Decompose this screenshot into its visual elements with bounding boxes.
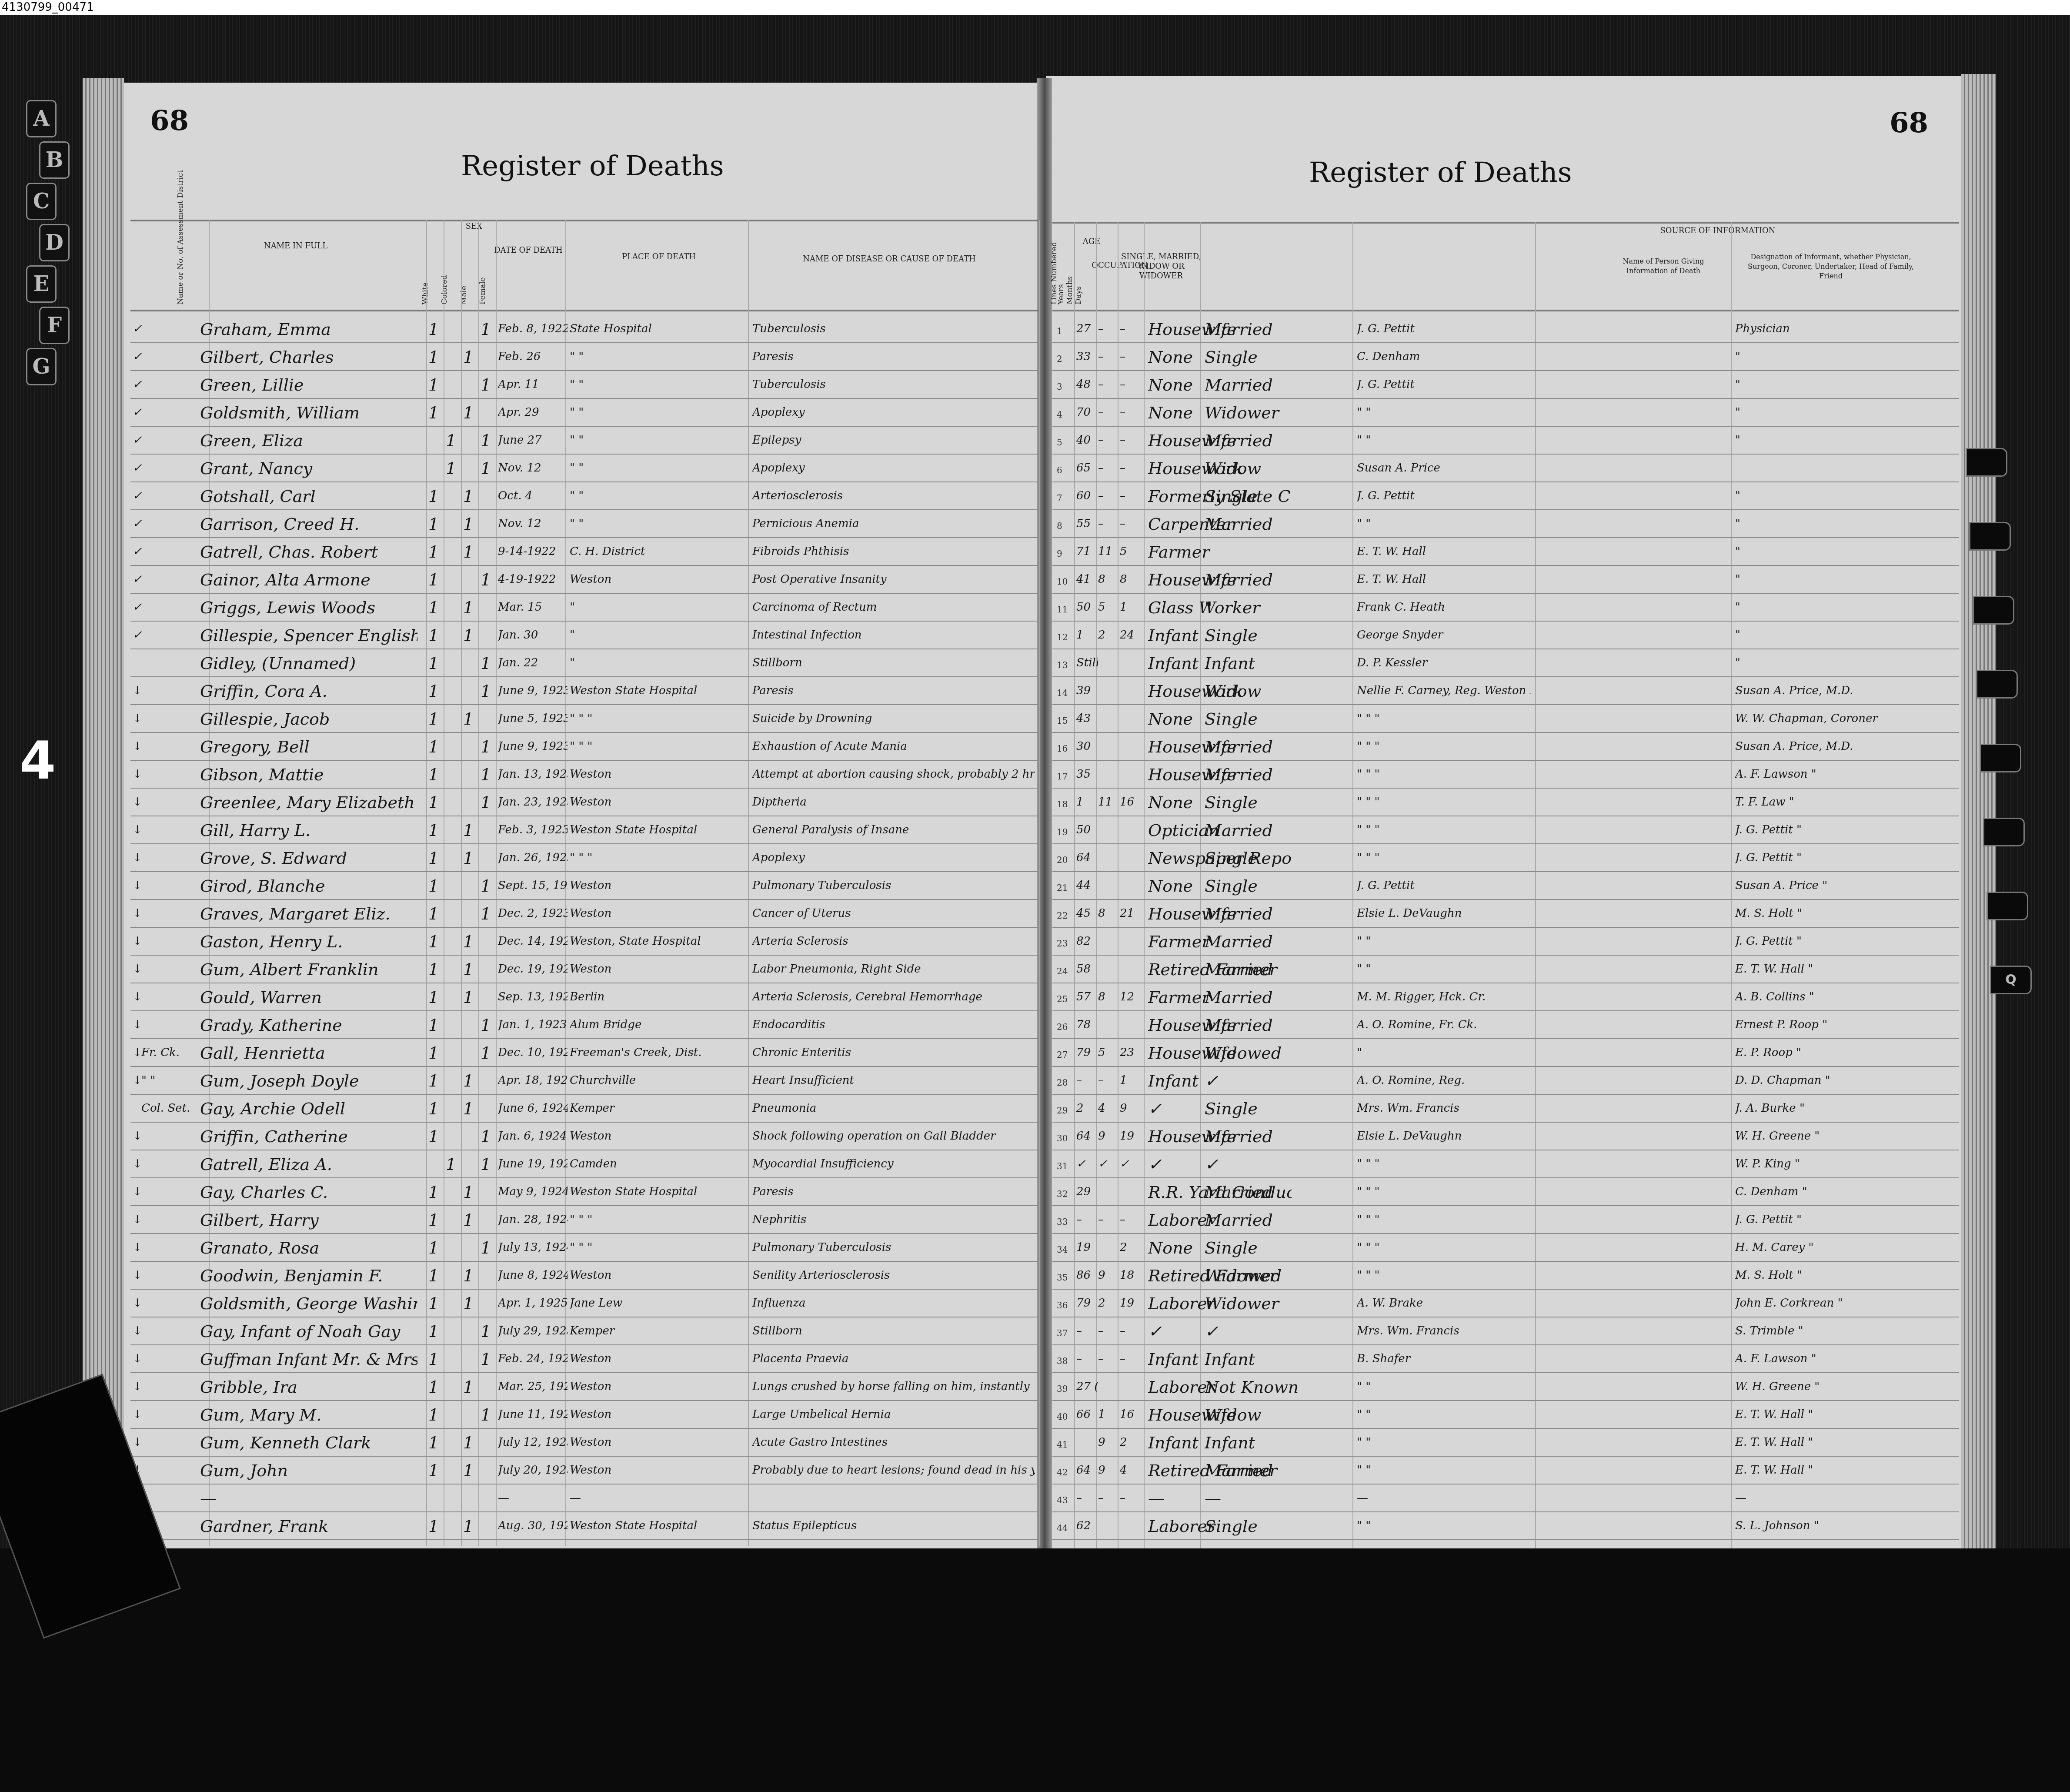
cell-years: 71 [1076,545,1098,558]
register-row: ↓Gaston, Henry L.11Dec. 14, 1923Weston, … [130,928,1039,956]
cell-place: Weston State Hospital [570,684,744,697]
cell-check: ✓ [133,629,142,642]
cell-district: Fr. Ck. [141,1046,180,1059]
cell-designation: " [1735,656,1957,669]
index-tab[interactable] [1983,818,2025,846]
cell-check: ↓ [133,796,142,809]
cell-designation: W. H. Greene " [1735,1380,1957,1393]
cell-male: 1 [463,821,474,840]
register-row: ↓Gregory, Bell11June 9, 1923" " "Exhaust… [130,733,1039,761]
index-tab[interactable]: E [26,265,57,303]
cell-male: 1 [463,1071,474,1090]
index-tab[interactable] [1969,522,2011,551]
header-name: Name in Full [217,241,374,251]
header-rule [130,310,1039,311]
cell-white: 1 [428,1350,439,1369]
cell-years: 70 [1076,406,1098,419]
cell-place: Weston [570,1436,744,1449]
cell-name: Gum, Mary M. [200,1405,417,1424]
cell-date: Dec. 2, 1923 [498,907,568,920]
cell-cause: Cancer of Uterus [752,907,1035,920]
cell-line: 15 [1057,715,1068,726]
header-age: Age [1065,237,1118,247]
cell-place: " " " [570,851,744,864]
cell-designation: Physician [1735,322,1957,335]
cell-designation: A. F. Lawson " [1735,1352,1957,1365]
cell-cause: Epilepsy [752,434,1035,447]
register-row: ↓Gay, Charles C.11May 9, 1924Weston Stat… [130,1178,1039,1206]
cell-date: June 11, 1925 [498,1408,568,1421]
cell-female: 1 [481,1127,491,1146]
header-years: Years [1057,278,1065,304]
cell-years: 66 [1076,1408,1098,1421]
cell-informant: " [1357,1046,1531,1059]
cell-name: Gidley, (Unnamed) [200,654,417,673]
cell-check: ↓ [133,1018,142,1031]
cell-cause: Arteriosclerosis [752,489,1035,502]
register-row: ↓Gum, Albert Franklin11Dec. 19, 1923West… [130,956,1039,983]
cell-date: Sept. 15, 1923 [498,879,568,892]
cell-cause: Large Umbelical Hernia [752,1408,1035,1421]
cell-days: 8 [1120,573,1127,586]
register-row: 37–––✓✓Mrs. Wm. FrancisS. Trimble " [1052,1317,1959,1345]
cell-white: 1 [428,1294,439,1313]
cell-marital: Widow [1205,1405,1348,1424]
cell-place: Weston [570,1408,744,1421]
cell-name: Gay, Infant of Noah Gay [200,1322,417,1341]
register-row: 31✓✓✓✓✓" " "W. P. King " [1052,1150,1959,1178]
cell-cause: Suicide by Drowning [752,712,1035,725]
cell-male: 1 [463,1461,474,1480]
register-row: ✓Grant, Nancy11Nov. 12" "Apoplexy [130,455,1039,482]
cell-district: " " [141,1074,155,1087]
index-tab[interactable] [1976,670,2018,699]
cell-male: 1 [463,1210,474,1230]
cell-line: 1 [1057,326,1062,336]
index-tab[interactable] [1973,596,2014,625]
cell-years: 86 [1076,1269,1098,1282]
cell-name: Graham, Emma [200,320,417,339]
register-row: 115051Glass Worker"Frank C. Heath" [1052,594,1959,622]
table-surface [0,1548,2070,1792]
register-row: ↓Goldsmith, George Washington11Apr. 1, 1… [130,1290,1039,1317]
cell-days: – [1120,350,1125,363]
cell-name: Gum, Albert Franklin [200,960,417,979]
cell-male: 1 [463,403,474,422]
cell-informant: " " [1357,434,1531,447]
image-id: 4130799_00471 [2,1,94,14]
cell-informant: Elsie L. DeVaughn [1357,1130,1531,1143]
right-page-title: Register of Deaths [1309,157,1572,189]
cell-female: 1 [481,682,491,701]
register-row: ↓Granato, Rosa11July 13, 1924" " "Pulmon… [130,1234,1039,1262]
cell-male: 1 [463,598,474,617]
left-page-edges [83,78,124,1557]
cell-white: 1 [428,542,439,562]
index-tab[interactable]: Q [1990,966,2032,994]
cell-female: 1 [481,876,491,896]
register-row: ↓Greenlee, Mary Elizabeth11Jan. 23, 1923… [130,789,1039,816]
cell-cause: Post Operative Insanity [752,573,1035,586]
cell-years: 79 [1076,1297,1098,1310]
cell-cause: Endocarditis [752,1018,1035,1031]
cell-male: 1 [463,709,474,729]
cell-check: ↓ [133,1157,142,1170]
register-row: ↓Griffin, Cora A.11June 9, 1923Weston St… [130,677,1039,705]
cell-name: Gregory, Bell [200,737,417,756]
cell-designation: J. G. Pettit " [1735,851,1957,864]
index-tab[interactable]: C [26,183,57,220]
cell-informant: J. G. Pettit [1357,489,1531,502]
cell-date: June 8, 1924 [498,1269,568,1282]
cell-date: Jan. 22 [498,656,568,669]
cell-name: Goldsmith, George Washington [200,1294,417,1313]
cell-line: 8 [1057,521,1062,531]
index-tab[interactable] [1987,892,2028,920]
cell-female: 1 [481,1155,491,1174]
cell-line: 6 [1057,465,1062,475]
cell-informant: B. Shafer [1357,1352,1531,1365]
cell-check: ↓ [133,1436,142,1449]
cell-months: – [1098,350,1104,363]
cell-place: Weston [570,1380,744,1393]
register-row: ↓Grady, Katherine11Jan. 1, 1923Alum Brid… [130,1011,1039,1039]
cell-marital: Widowed [1205,1043,1348,1063]
index-tab[interactable] [1966,448,2007,477]
cell-female: 1 [481,1238,491,1257]
cell-designation: Susan A. Price, M.D. [1735,684,1957,697]
cell-check: ↓ [133,1297,142,1310]
cell-months: – [1098,1352,1104,1365]
cell-female: 1 [481,654,491,673]
cell-place: Weston [570,1269,744,1282]
cell-days: – [1120,517,1125,530]
cell-months: 1 [1098,1408,1105,1421]
cell-marital: Not Known [1205,1377,1348,1397]
cell-check: ↓ [133,1074,142,1087]
left-page-title: Register of Deaths [461,150,724,182]
cell-name: Green, Lillie [200,375,417,395]
cell-date: Feb. 26 [498,350,568,363]
cell-designation: M. S. Holt " [1735,907,1957,920]
cell-name: Goodwin, Benjamin F. [200,1266,417,1285]
register-row: ↓Gillespie, Jacob11June 5, 1923" " "Suic… [130,705,1039,733]
index-tab[interactable]: A [26,100,57,137]
cell-white: 1 [428,1322,439,1341]
cell-marital: " [1205,598,1348,617]
cell-date: Sep. 13, 1923 [498,990,568,1003]
cell-months: – [1098,322,1104,335]
cell-line: 37 [1057,1328,1068,1338]
cell-cause: Paresis [752,350,1035,363]
cell-place: Weston [570,796,744,809]
cell-days: 19 [1120,1130,1134,1143]
cell-place: Camden [570,1157,744,1170]
cell-name: Gum, John [200,1461,417,1480]
cell-years: 27 [1076,322,1098,335]
cell-date: — [498,1491,568,1504]
register-row: 665––HouseworkWidowSusan A. Price [1052,455,1959,482]
cell-marital: Single [1205,849,1348,868]
index-tab[interactable] [1980,744,2021,772]
cell-check: ↓ [133,851,142,864]
cell-days: – [1120,489,1125,502]
cell-female: 1 [481,737,491,756]
cell-place: State Hospital [570,322,744,335]
register-row: ↓Gould, Warren11Sep. 13, 1923BerlinArter… [130,983,1039,1011]
register-row: 426494Retired FarmerMarried" "E. T. W. H… [1052,1457,1959,1484]
cell-informant: " " " [1357,1241,1531,1254]
cell-check: ↓ [133,1241,142,1254]
register-row: ✓Gilbert, Charles11Feb. 26" "Paresis [130,343,1039,371]
cell-white: 1 [428,1266,439,1285]
register-row: 233––NoneSingleC. Denham" [1052,343,1959,371]
cell-months: – [1098,489,1104,502]
cell-place: " " [570,517,744,530]
cell-cause: Placenta Praevia [752,1352,1035,1365]
cell-informant: " " [1357,517,1531,530]
cell-days: 16 [1120,1408,1134,1421]
index-tab[interactable]: B [39,141,70,179]
cell-place: Weston [570,963,744,976]
cell-months: – [1098,406,1104,419]
cell-line: 17 [1057,771,1068,782]
cell-check: ✓ [133,350,142,363]
cell-date: Jan. 1, 1923 [498,1018,568,1031]
register-row: ——— [130,1484,1039,1512]
cell-place: Weston, State Hospital [570,935,744,948]
register-row: 4462LaborerSingle" "S. L. Johnson " [1052,1512,1959,1540]
cell-cause: Exhaustion of Acute Mania [752,740,1035,753]
cell-male: 1 [463,487,474,506]
cell-white: 1 [428,1043,439,1063]
cell-cause: Heart Insufficient [752,1074,1035,1087]
cell-informant: " " " [1357,823,1531,836]
register-row: ↓Gatrell, Eliza A.11June 19, 1924CamdenM… [130,1150,1039,1178]
cell-name: Guffman Infant Mr. & Mrs. Jesse Guinn [200,1350,417,1369]
cell-check: ✓ [133,406,142,419]
cell-marital: Married [1205,320,1348,339]
cell-years: 41 [1076,573,1098,586]
cell-line: 13 [1057,660,1068,670]
cell-line: 26 [1057,1022,1068,1032]
cell-designation: " [1735,378,1957,391]
index-tab[interactable]: F [39,307,70,344]
cell-name: Gay, Charles C. [200,1183,417,1202]
cell-date: Apr. 18, 1924 [498,1074,568,1087]
cell-colored: 1 [446,431,456,450]
cell-place: " [570,656,744,669]
cell-check: ↓ [133,823,142,836]
header-rule [1052,310,1959,311]
index-tab[interactable]: G [26,348,57,385]
register-row: 1811116NoneSingle" " "T. F. Law " [1052,789,1959,816]
cell-place: Weston [570,1130,744,1143]
cell-date: Jan. 30 [498,629,568,642]
cell-months: – [1098,461,1104,475]
cell-informant: " " " [1357,1157,1531,1170]
cell-marital: Married [1205,821,1348,840]
cell-days: 19 [1120,1297,1134,1310]
cell-date: Aug. 30, 1925 [498,1519,568,1532]
header-female: Female [478,265,487,304]
cell-designation: E. T. W. Hall " [1735,1408,1957,1421]
cell-check: ✓ [133,601,142,614]
register-row: ✓Gatrell, Chas. Robert119-14-1922C. H. D… [130,538,1039,566]
cell-designation: Susan A. Price " [1735,879,1957,892]
cell-line: 40 [1057,1411,1068,1422]
register-row: ↓Fr. Ck.Gall, Henrietta11Dec. 10, 1924Fr… [130,1039,1039,1067]
cell-line: 32 [1057,1189,1068,1199]
cell-cause: Shock following operation on Gall Bladde… [752,1130,1035,1143]
cell-line: 33 [1057,1217,1068,1227]
cell-months: 5 [1098,601,1105,614]
cell-name: Gatrell, Chas. Robert [200,542,417,562]
cell-white: 1 [428,654,439,673]
cell-check: ↓ [133,1046,142,1059]
cell-line: 28 [1057,1077,1068,1088]
cell-cause: General Paralysis of Insane [752,823,1035,836]
cell-place: Kemper [570,1324,744,1337]
cell-place: " " " [570,1213,744,1226]
header-months: Months [1065,270,1074,304]
cell-date: Jan. 23, 1923 [498,796,568,809]
cell-marital: Married [1205,1461,1348,1480]
cell-cause: Apoplexy [752,851,1035,864]
cell-white: 1 [428,1377,439,1397]
cell-line: 9 [1057,548,1062,559]
cell-marital: Married [1205,1127,1348,1146]
cell-name: Gould, Warren [200,988,417,1007]
register-row: ↓" "Gum, Joseph Doyle11Apr. 18, 1924Chur… [130,1067,1039,1095]
cell-date: Feb. 24, 1925 [498,1352,568,1365]
cell-female: 1 [481,431,491,450]
register-row: 38–––InfantInfantB. ShaferA. F. Lawson " [1052,1345,1959,1373]
index-tab[interactable]: D [39,224,70,261]
register-row: Col. Set.Gay, Archie Odell11June 6, 1924… [130,1095,1039,1123]
cell-male: 1 [463,960,474,979]
cell-cause: Influenza [752,1297,1035,1310]
cell-designation: " [1735,573,1957,586]
cell-line: 38 [1057,1356,1068,1366]
cell-white: 1 [428,1099,439,1118]
cell-months: – [1098,378,1104,391]
register-row: ↓Gay, Infant of Noah Gay11July 29, 1925K… [130,1317,1039,1345]
register-row: 34192NoneSingle" " "H. M. Carey " [1052,1234,1959,1262]
cell-designation: " [1735,434,1957,447]
cell-years: 64 [1076,851,1098,864]
cell-years: 60 [1076,489,1098,502]
cell-line: 21 [1057,883,1068,893]
cell-marital: ✓ [1205,1322,1348,1341]
cell-days: 12 [1120,990,1134,1003]
cell-white: 1 [428,849,439,868]
cell-male: 1 [463,849,474,868]
register-row: 3229R.R. Yard ConductorMarried" " "C. De… [1052,1178,1959,1206]
cell-marital: Single [1205,876,1348,896]
cell-white: 1 [428,876,439,896]
cell-marital: Single [1205,1238,1348,1257]
cell-check: ↓ [133,963,142,976]
cell-years: 82 [1076,935,1098,948]
cell-marital: Widower [1205,1294,1348,1313]
cell-check: ↓ [133,684,142,697]
cell-name: Greenlee, Mary Elizabeth [200,793,417,812]
cell-marital: Widow [1205,682,1348,701]
cell-days: 18 [1120,1269,1134,1282]
cell-informant: " " " [1357,768,1531,781]
cell-designation: " [1735,601,1957,614]
cell-designation: E. T. W. Hall " [1735,1436,1957,1449]
cell-male: 1 [463,932,474,951]
cell-informant: " " [1357,1380,1531,1393]
header-date: Date of Death [494,246,563,255]
cell-marital: Married [1205,765,1348,784]
cell-designation: C. Denham " [1735,1185,1957,1198]
cell-date: Mar. 15 [498,601,568,614]
register-row: ✓Green, Eliza11June 27" "Epilepsy [130,427,1039,455]
cell-check: ↓ [133,740,142,753]
cell-male: 1 [463,515,474,534]
register-row: Gardner, Frank11Aug. 30, 1925Weston Stat… [130,1512,1039,1540]
register-row: 760––Formerly Slate CutterSingleJ. G. Pe… [1052,482,1959,510]
cell-informant: J. G. Pettit [1357,879,1531,892]
cell-place: Alum Bridge [570,1018,744,1031]
cell-informant: Frank C. Heath [1357,601,1531,614]
cell-white: 1 [428,570,439,589]
register-row: 3064919HousewifeMarriedElsie L. DeVaughn… [1052,1123,1959,1150]
cell-white: 1 [428,487,439,506]
cell-years: 48 [1076,378,1098,391]
cell-date: Nov. 12 [498,517,568,530]
cell-white: 1 [428,932,439,951]
cell-days: – [1120,406,1125,419]
cell-name: Gum, Kenneth Clark [200,1433,417,1452]
register-row: 127––HousewifeMarriedJ. G. PettitPhysici… [1052,315,1959,343]
cell-days: – [1120,1491,1125,1504]
cell-designation: M. S. Holt " [1735,1269,1957,1282]
cell-marital: Single [1205,487,1348,506]
cell-date: 4-19-1922 [498,573,568,586]
cell-designation: " [1735,489,1957,502]
cell-check: ✓ [133,573,142,586]
cell-days: – [1120,1324,1125,1337]
cell-days: ✓ [1120,1157,1129,1170]
cell-months: 8 [1098,907,1105,920]
register-row: ✓Green, Lillie11Apr. 11" "Tuberculosis [130,371,1039,399]
cell-name: Gilbert, Charles [200,348,417,367]
cell-line: 3 [1057,381,1062,392]
cell-cause: Apoplexy [752,461,1035,475]
cell-line: 14 [1057,688,1068,698]
cell-line: 29 [1057,1105,1068,1116]
cell-days: 4 [1120,1464,1127,1477]
cell-male: 1 [463,1266,474,1285]
cell-white: 1 [428,1433,439,1452]
cell-marital: Infant [1205,654,1348,673]
cell-place: " " [570,406,744,419]
cell-cause: Acute Gastro Intestines [752,1436,1035,1449]
cell-designation: J. A. Burke " [1735,1102,1957,1115]
cell-place: Weston State Hospital [570,823,744,836]
cell-white: 1 [428,1238,439,1257]
cell-designation: E. P. Roop " [1735,1046,1957,1059]
cell-white: 1 [428,737,439,756]
cell-place: Freeman's Creek, Dist. [570,1046,744,1059]
cell-white: 1 [428,1183,439,1202]
cell-months: – [1098,1213,1104,1226]
cell-white: 1 [428,709,439,729]
